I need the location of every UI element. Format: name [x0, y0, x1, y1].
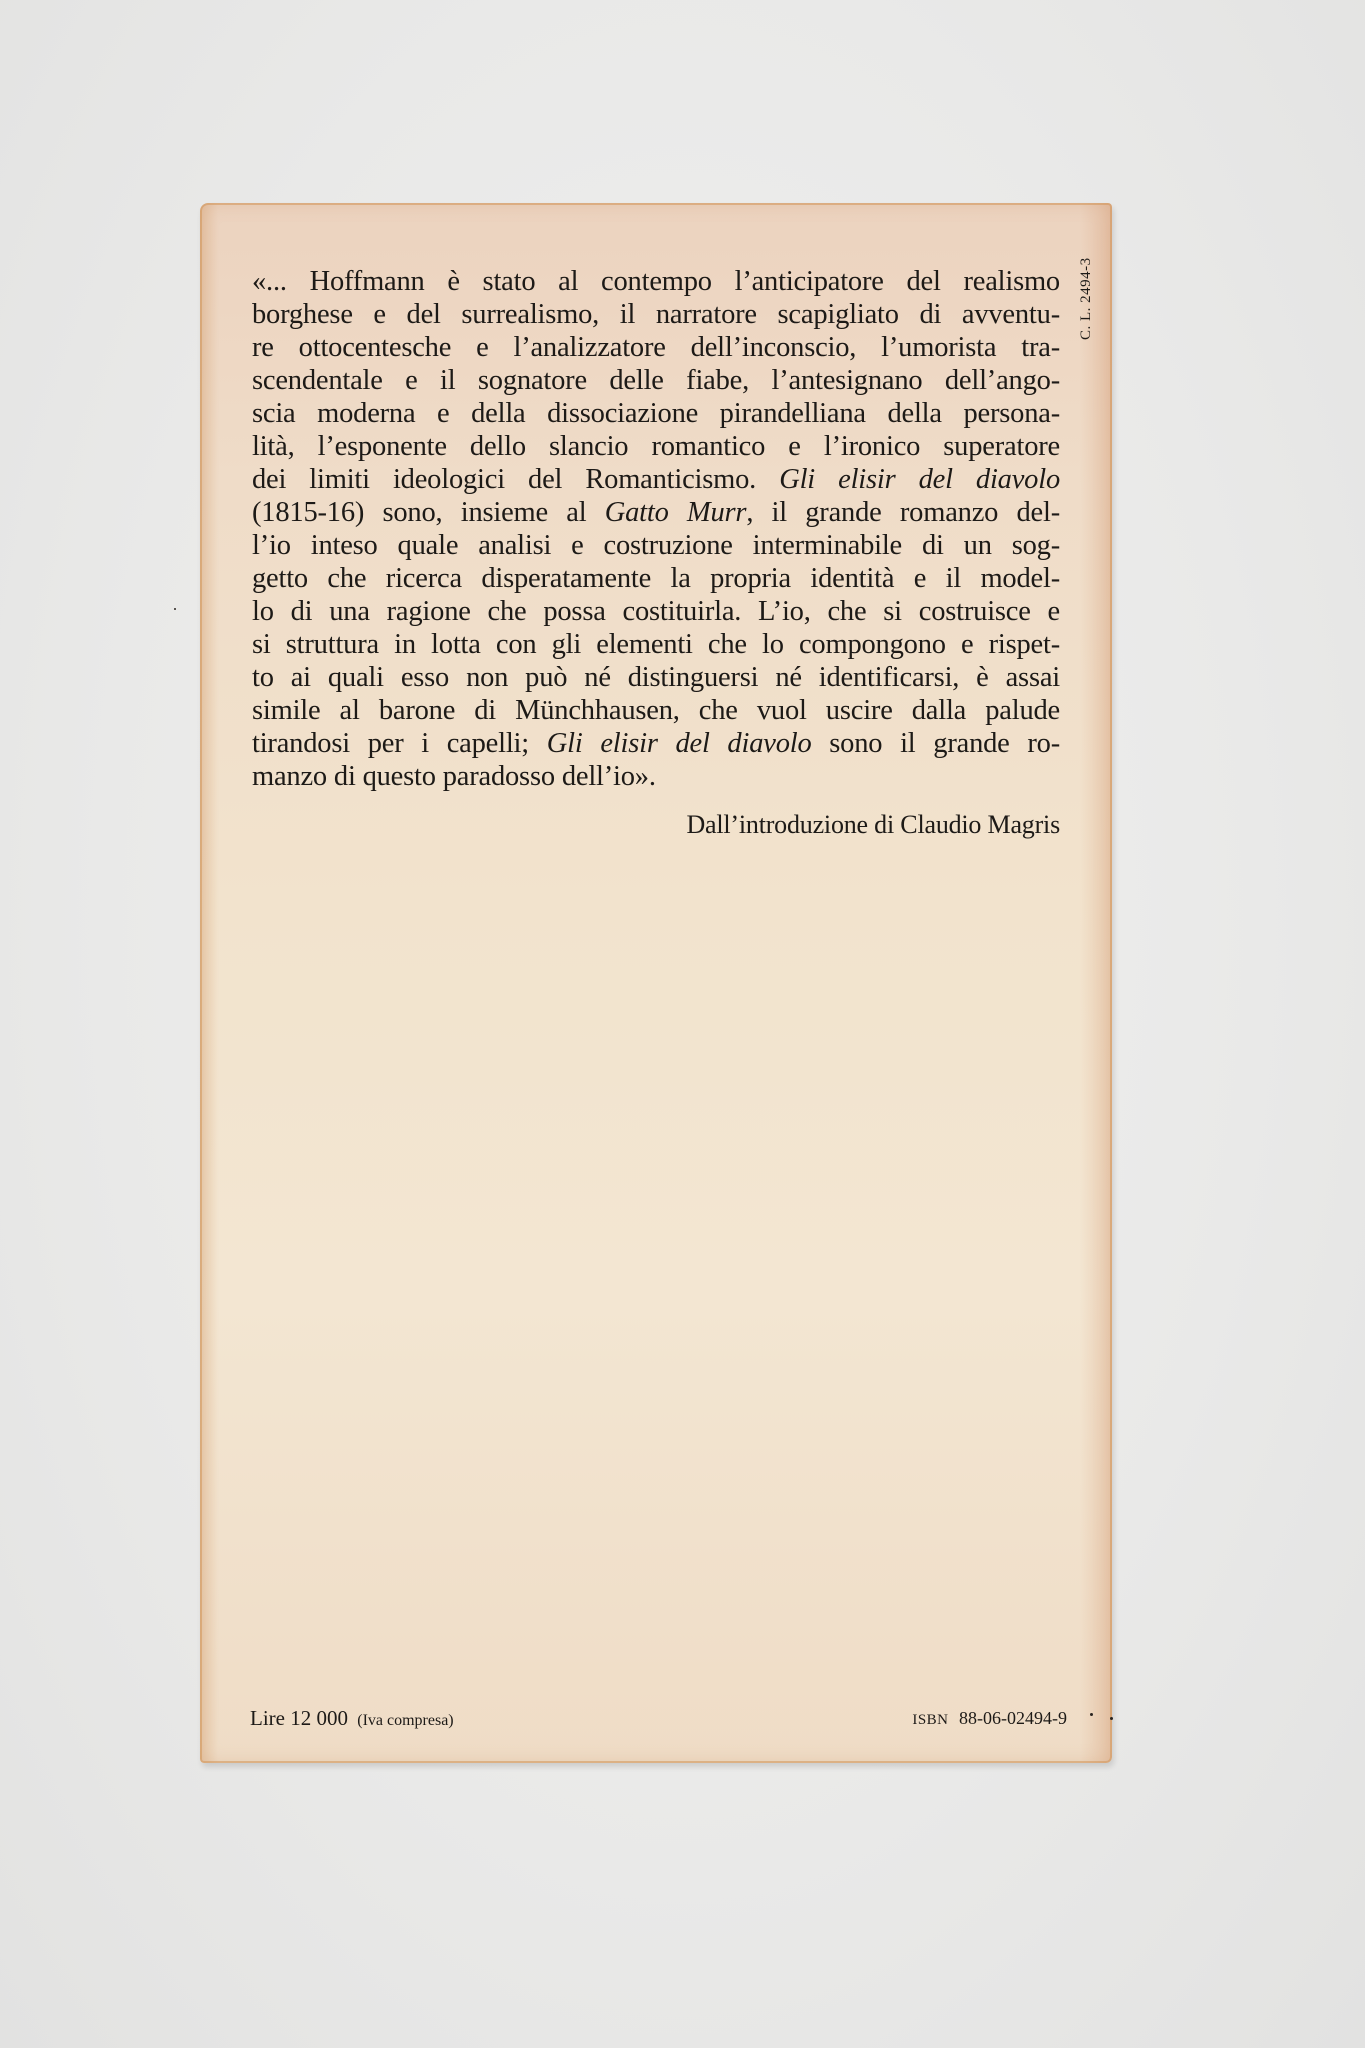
blurb-quote: «... Hoffmann è stato al contempo l’anti… [252, 265, 1060, 793]
blurb-line: l’io inteso quale analisi e costruzione … [252, 529, 1060, 562]
blurb-line: re ottocentesche e l’analizzatore dell’i… [252, 331, 1060, 364]
blurb-line: getto che ricerca disperatamente la prop… [252, 562, 1060, 595]
attribution: Dall’introduzione di Claudio Magris [686, 810, 1060, 840]
blurb-line: lo di una ragione che possa costituirla.… [252, 595, 1060, 628]
blurb-line: manzo di questo paradosso dell’io». [252, 760, 1060, 793]
price-amount: Lire 12 000 [250, 1706, 348, 1730]
isbn-label: ISBN [912, 1712, 948, 1728]
blurb-line: (1815-16) sono, insieme al Gatto Murr, i… [252, 496, 1060, 529]
paper-speck [1110, 1717, 1113, 1720]
blurb-line: lità, l’esponente dello slancio romantic… [252, 430, 1060, 463]
blurb-line: «... Hoffmann è stato al contempo l’anti… [252, 265, 1060, 298]
isbn-number: 88-06-02494-9 [959, 1708, 1067, 1728]
blurb-line: to ai quali esso non può né distinguersi… [252, 661, 1060, 694]
book-back-cover: C. L. 2494-3 «... Hoffmann è stato al co… [200, 203, 1112, 1763]
blurb-text: dei limiti ideologici del Romanticismo. [252, 464, 779, 495]
blurb-line: scendentale e il sognatore delle fiabe, … [252, 364, 1060, 397]
blurb-line: tirandosi per i capelli; Gli elisir del … [252, 727, 1060, 760]
book-title-italic: Gatto Murr [605, 497, 747, 528]
isbn: ISBN 88-06-02494-9 [912, 1708, 1067, 1729]
blurb-line: si struttura in lotta con gli elementi c… [252, 628, 1060, 661]
blurb-text: (1815-16) sono, insieme al [252, 497, 605, 528]
blurb-text: tirandosi per i capelli; [252, 728, 547, 759]
paper-speck [1090, 1713, 1093, 1716]
blurb-line: scia moderna e della dissociazione piran… [252, 397, 1060, 430]
blurb-text: sono il grande ro- [812, 728, 1060, 759]
vat-note: (Iva compresa) [357, 1712, 453, 1729]
blurb-line: simile al barone di Münchhausen, che vuo… [252, 694, 1060, 727]
catalog-code: C. L. 2494-3 [1078, 249, 1098, 349]
price: Lire 12 000 (Iva compresa) [250, 1706, 454, 1731]
paper-speck [174, 608, 176, 610]
blurb-line: borghese e del surrealismo, il narratore… [252, 298, 1060, 331]
book-title-italic: Gli elisir del diavolo [779, 464, 1060, 495]
blurb-text: , il grande romanzo del- [746, 497, 1060, 528]
book-title-italic: Gli elisir del diavolo [547, 728, 812, 759]
blurb-line: dei limiti ideologici del Romanticismo. … [252, 463, 1060, 496]
